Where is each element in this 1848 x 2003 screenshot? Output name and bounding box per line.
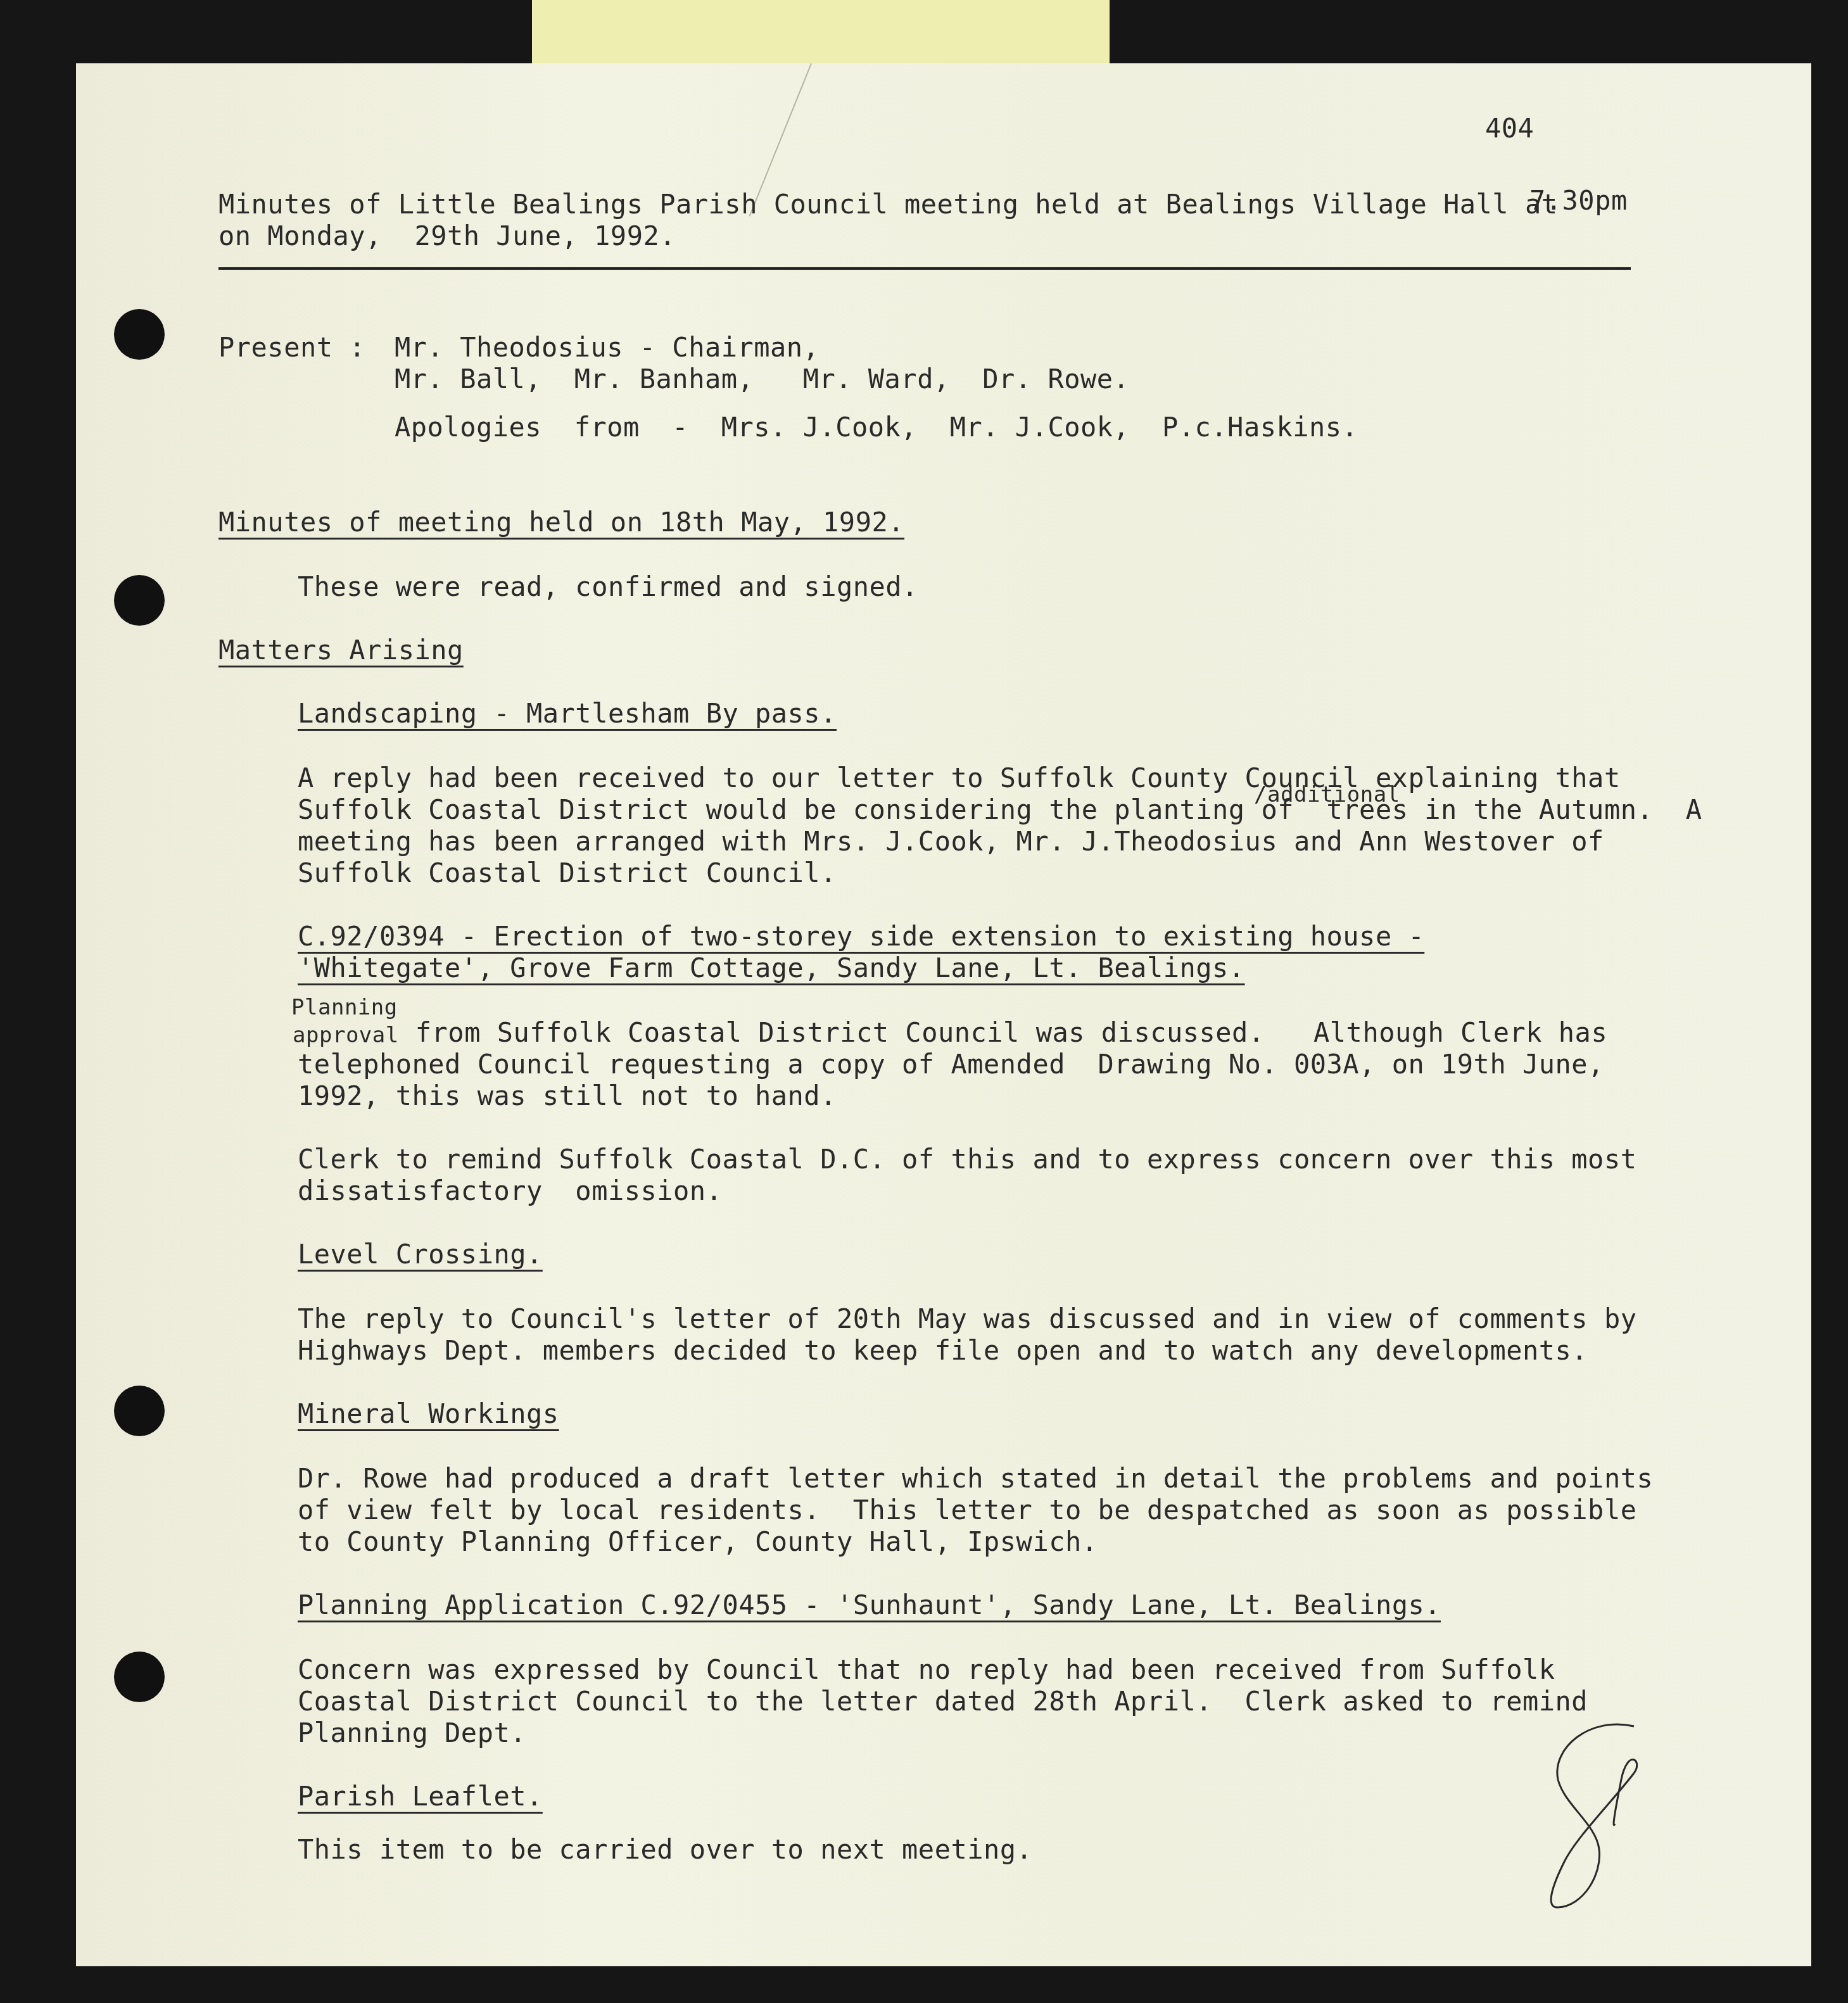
landscaping-heading: Landscaping - Martlesham By pass. xyxy=(298,698,837,730)
sunhaunt-line-1: Concern was expressed by Council that no… xyxy=(298,1654,1555,1686)
parish-leaflet-heading: Parish Leaflet. xyxy=(298,1781,543,1812)
present-label: Present : xyxy=(218,332,365,363)
level-crossing-line-1: The reply to Council's letter of 20th Ma… xyxy=(298,1303,1636,1335)
whitegate-line-5: dissatisfactory omission. xyxy=(298,1175,722,1207)
whitegate-line-1-prefix: approval xyxy=(293,1020,399,1051)
whitegate-heading-2: 'Whitegate', Grove Farm Cottage, Sandy L… xyxy=(298,952,1245,984)
yellow-tab xyxy=(532,0,1110,70)
punch-hole-icon xyxy=(114,309,165,360)
level-crossing-heading: Level Crossing. xyxy=(298,1239,543,1270)
level-crossing-line-2: Highways Dept. members decided to keep f… xyxy=(298,1335,1588,1367)
title-rule xyxy=(218,267,1631,270)
punch-hole-icon xyxy=(114,1386,165,1436)
mineral-workings-line-1: Dr. Rowe had produced a draft letter whi… xyxy=(298,1463,1653,1494)
page-number: 404 xyxy=(1485,113,1534,144)
present-line-2: Mr. Ball, Mr. Banham, Mr. Ward, Dr. Rowe… xyxy=(395,363,1129,395)
landscaping-line-2: Suffolk Coastal District would be consid… xyxy=(298,794,1702,826)
whitegate-line-4: Clerk to remind Suffolk Coastal D.C. of … xyxy=(298,1144,1636,1175)
whitegate-heading-1: C.92/0394 - Erection of two-storey side … xyxy=(298,921,1424,952)
previous-minutes-heading: Minutes of meeting held on 18th May, 199… xyxy=(218,507,904,538)
title-line-2: on Monday, 29th June, 1992. xyxy=(218,220,676,252)
whitegate-line-1: from Suffolk Coastal District Council wa… xyxy=(399,1017,1607,1049)
sunhaunt-heading: Planning Application C.92/0455 - 'Sunhau… xyxy=(298,1589,1441,1621)
mineral-workings-line-2: of view felt by local residents. This le… xyxy=(298,1494,1636,1526)
mineral-workings-line-3: to County Planning Officer, County Hall,… xyxy=(298,1526,1098,1558)
punch-hole-icon xyxy=(114,1652,165,1702)
sunhaunt-line-3: Planning Dept. xyxy=(298,1717,526,1749)
apologies-line: Apologies from - Mrs. J.Cook, Mr. J.Cook… xyxy=(395,412,1358,443)
sunhaunt-line-2: Coastal District Council to the letter d… xyxy=(298,1686,1588,1717)
punch-hole-icon xyxy=(114,575,165,626)
whitegate-insert: Planning xyxy=(291,992,398,1023)
landscaping-line-1: A reply had been received to our letter … xyxy=(298,762,1621,794)
meeting-time: 7.30pm xyxy=(1529,185,1628,217)
document-page: 404 Minutes of Little Bealings Parish Co… xyxy=(76,63,1811,1966)
previous-minutes-body: These were read, confirmed and signed. xyxy=(298,571,918,603)
landscaping-line-4: Suffolk Coastal District Council. xyxy=(298,857,837,889)
present-line-1: Mr. Theodosius - Chairman, xyxy=(395,332,819,363)
parish-leaflet-line-1: This item to be carried over to next mee… xyxy=(298,1834,1032,1866)
title-line-1: Minutes of Little Bealings Parish Counci… xyxy=(218,189,1557,220)
mineral-workings-heading: Mineral Workings xyxy=(298,1398,559,1430)
landscaping-line-3: meeting has been arranged with Mrs. J.Co… xyxy=(298,826,1604,857)
matters-arising-heading: Matters Arising xyxy=(218,635,464,666)
whitegate-line-3: 1992, this was still not to hand. xyxy=(298,1080,837,1112)
whitegate-line-2: telephoned Council requesting a copy of … xyxy=(298,1049,1604,1080)
signature-icon xyxy=(1539,1722,1653,1912)
